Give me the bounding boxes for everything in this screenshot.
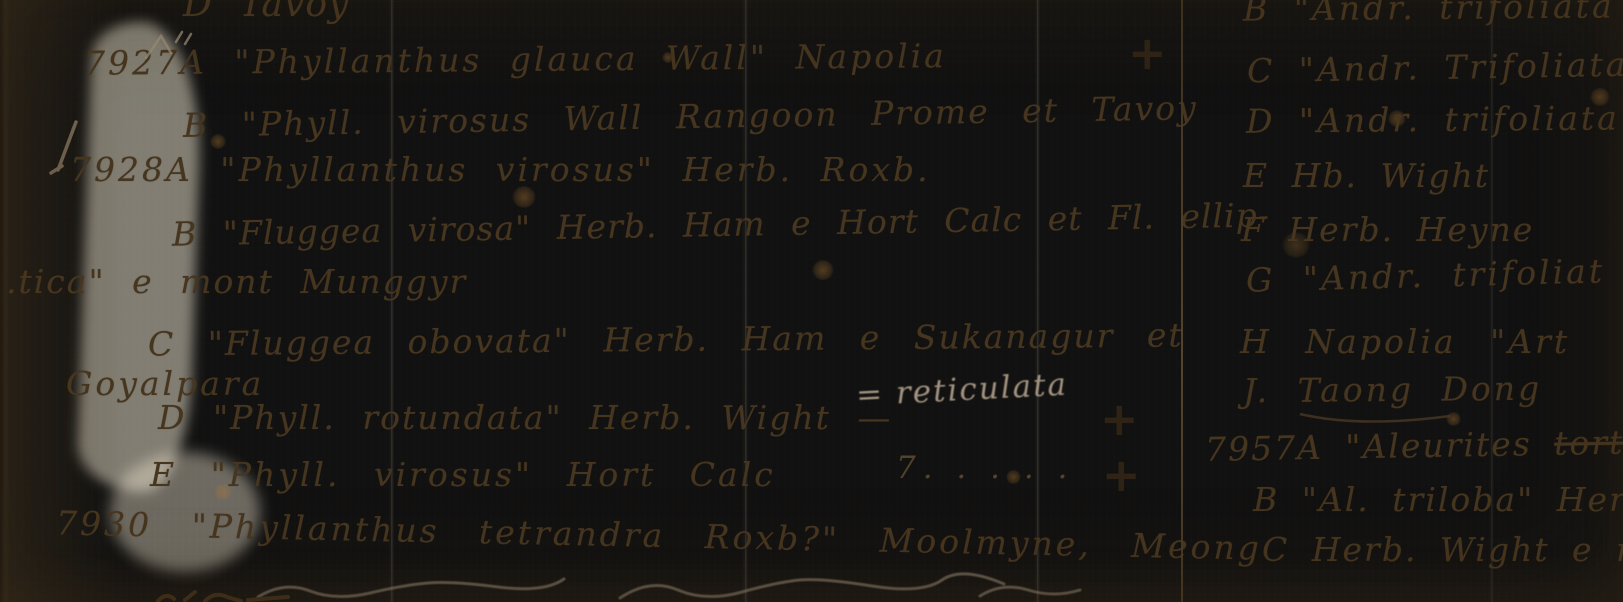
entry-line: D Tavoy [183, 0, 349, 25]
entry-line: 7927A "Phyllanthus glauca Wall" Napolia [84, 36, 947, 83]
column-rule-line [1181, 0, 1183, 602]
entry-line: E "Phyll. virosus" Hort Calc [150, 455, 776, 494]
entry-line: B "Andr. trifoliata [1243, 0, 1615, 29]
entry-line: D "Andr. trifoliata" [1246, 98, 1623, 140]
entry-line: 7930 "Phyllanthus tetrandra Roxb?" Moolm… [56, 503, 1263, 567]
entry-line-text: 7957A "Aleurites [1205, 424, 1555, 469]
entry-line: D "Phyll. rotundata" Herb. Wight — [158, 398, 892, 437]
seven-dotted-leader: 7. . . . . [896, 450, 1074, 486]
faint-pencil-scrawl [258, 574, 1080, 598]
entry-line: B "Al. triloba" Herb H [1253, 480, 1623, 519]
entry-line: 7957A "Aleurites tortil [1205, 422, 1623, 469]
entry-line: J. Taong Dong [1243, 369, 1543, 411]
foxing-spot [812, 260, 834, 280]
entry-line: B "Phyll. virosus Wall Rangoon Prome et … [183, 88, 1198, 145]
ink-cross-mark: + [1128, 26, 1167, 80]
entry-line: F Herb. Heyne [1241, 210, 1534, 249]
paper-crease [742, 0, 748, 602]
entry-line: G "Andr. trifoliat [1246, 251, 1606, 299]
entry-line: B "Fluggea virosa" Herb. Ham e Hort Calc… [172, 195, 1270, 253]
ink-cross-mark: + [1100, 392, 1139, 446]
entry-line: C "Andr. Trifoliata [1247, 45, 1623, 91]
entry-line: C Herb. Wight e m [1262, 530, 1623, 569]
foxing-spot [512, 186, 536, 208]
entry-line: E Hb. Wight [1243, 156, 1490, 195]
ink-underline-flourish [1300, 414, 1450, 422]
ink-cross-mark: + [1102, 448, 1141, 502]
cutoff-ink-strokes [158, 592, 288, 601]
entry-line: 7928A "Phyllanthus virosus" Herb. Roxb. [70, 150, 931, 189]
page-edge-shading [6, 0, 126, 602]
photo-dark-edge [0, 0, 9, 602]
entry-line: C "Fluggea obovata" Herb. Ham e Sukanagu… [148, 315, 1184, 363]
manuscript-scan: D Tavoy 7927A "Phyllanthus glauca Wall" … [0, 0, 1623, 602]
entry-line: H Napolia "Art [1240, 322, 1570, 361]
foxing-spot [1446, 412, 1461, 426]
struck-word: tortil [1554, 422, 1623, 463]
